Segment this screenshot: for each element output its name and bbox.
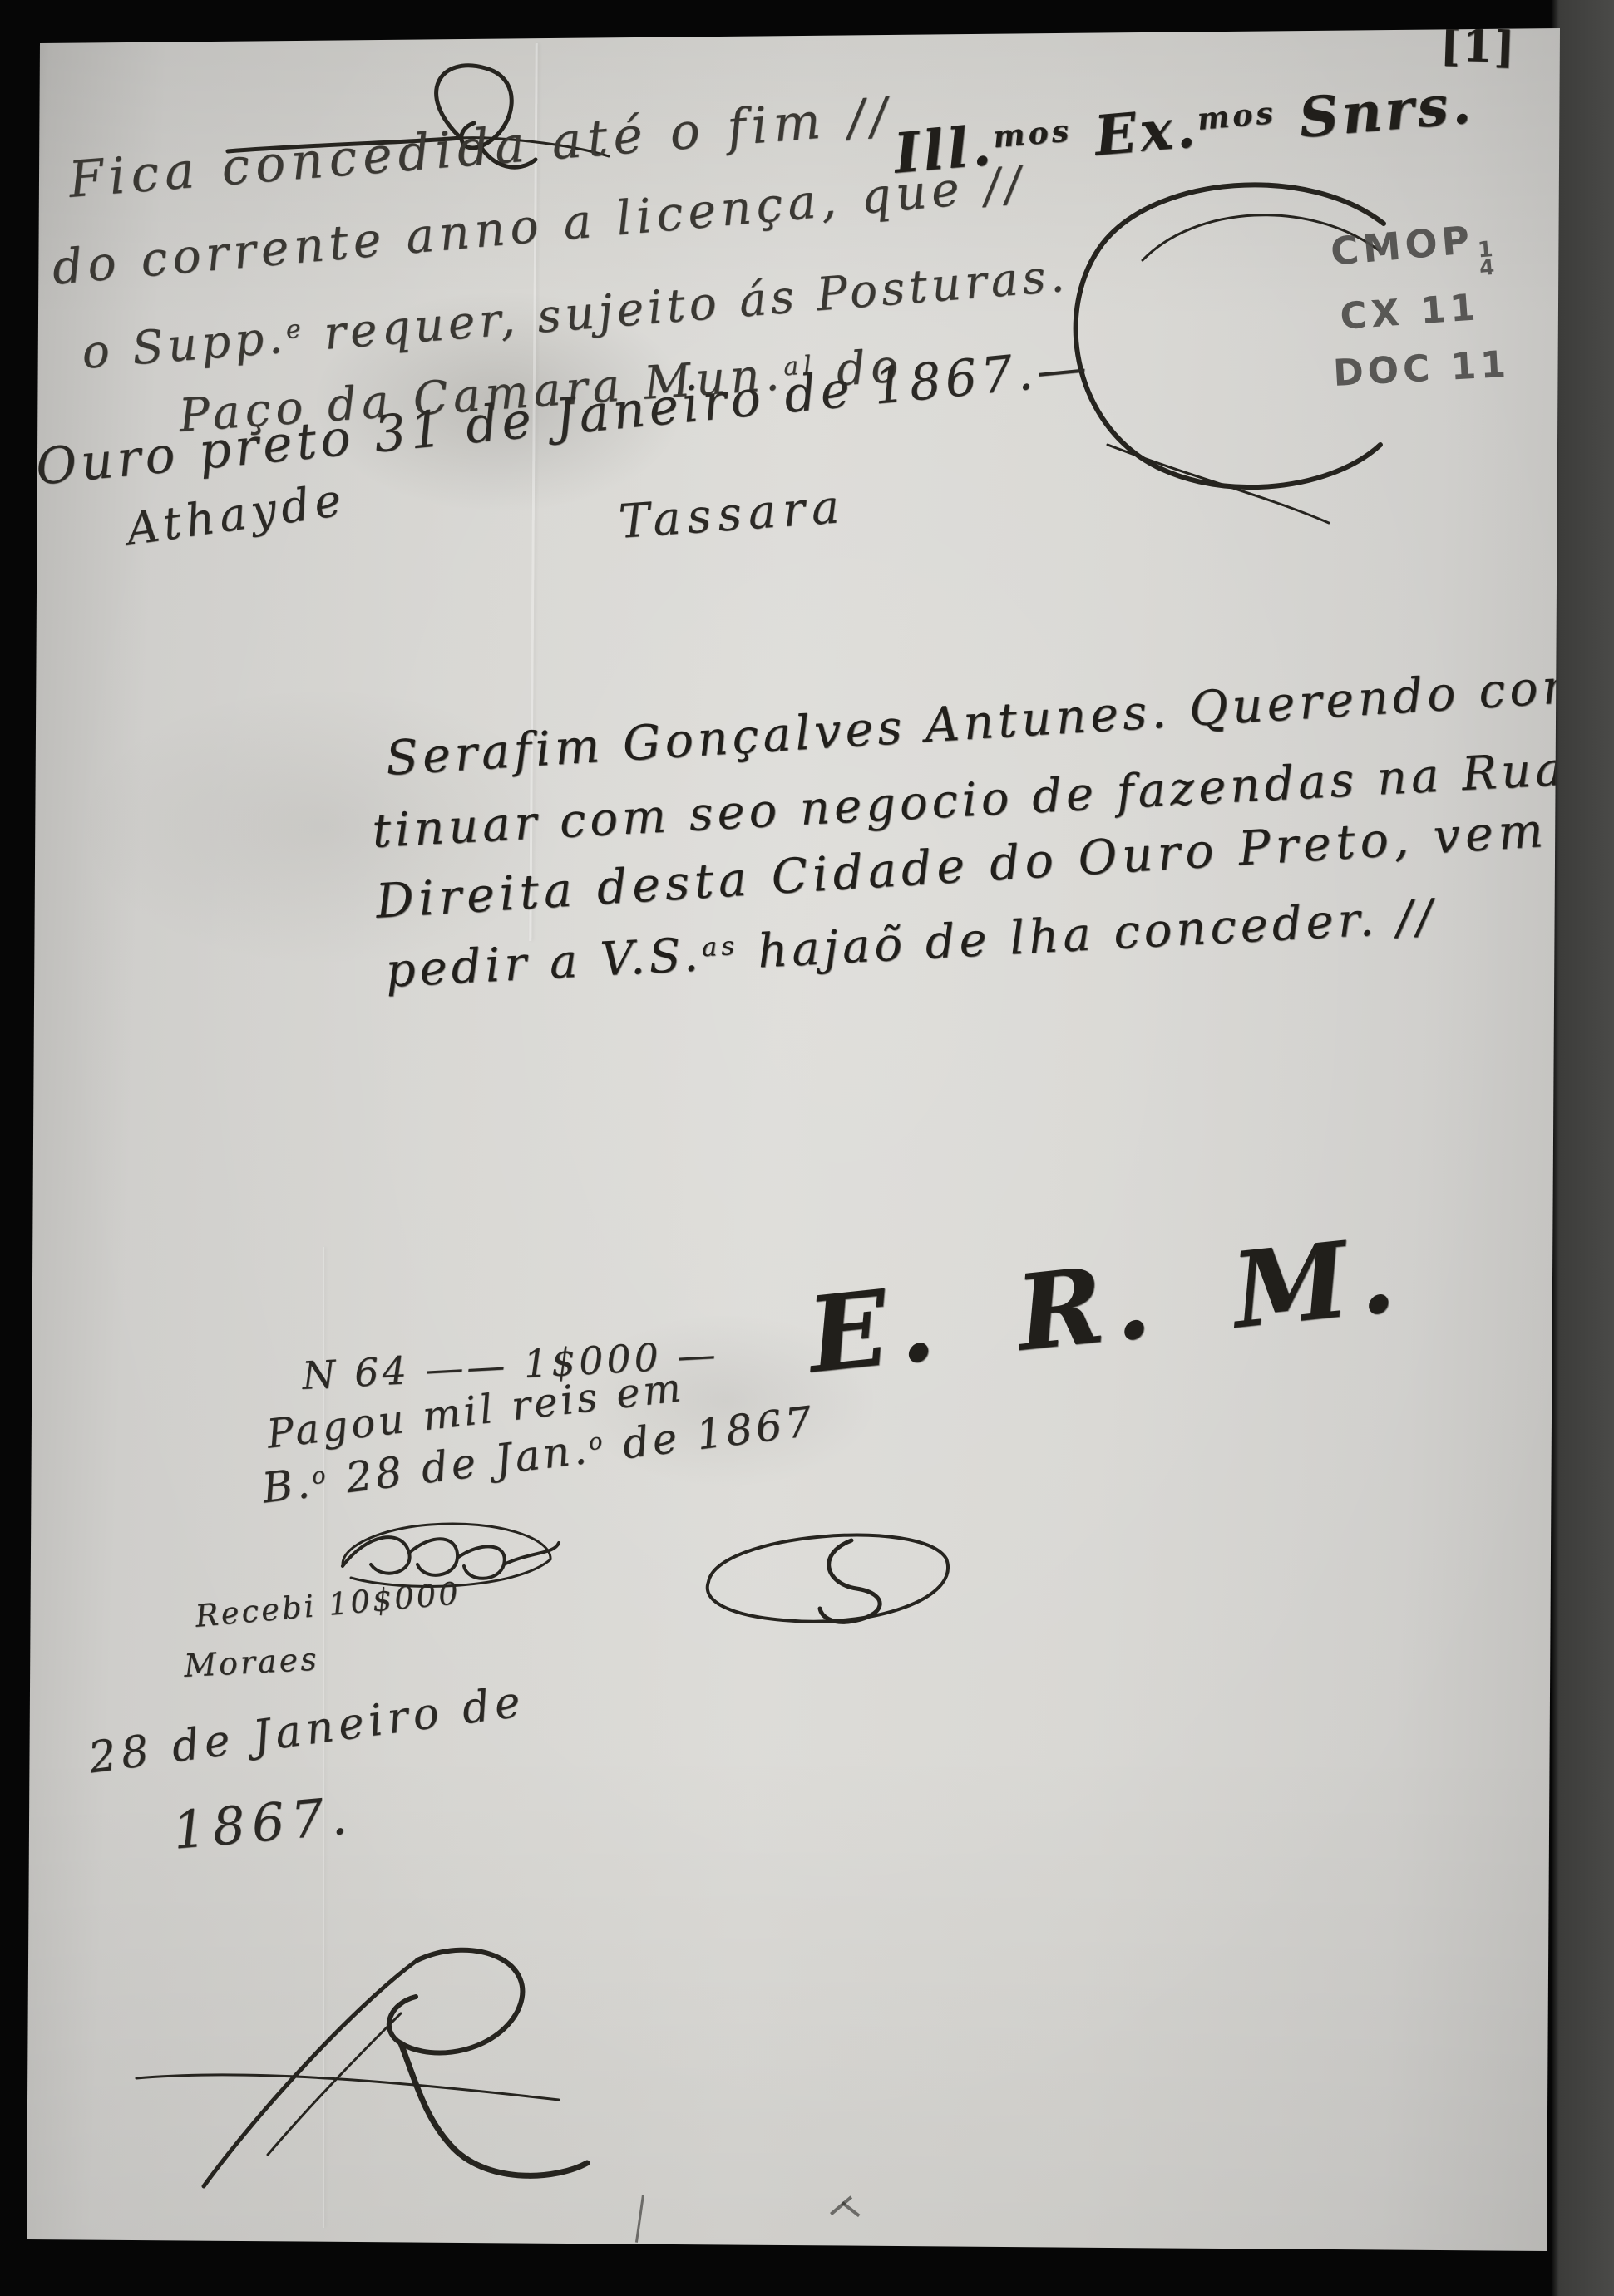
petition-line-4-text-2: hajaõ de lha conceder. // — [738, 889, 1438, 980]
archival-code-sub: 4 — [1478, 259, 1495, 278]
document-page: [1] CMOP14 CX 11 DOC 11 Ill.mos Ex.mos S… — [0, 0, 1614, 2296]
stray-mark-3 — [842, 2201, 861, 2217]
page-marker: [1] — [1439, 20, 1517, 73]
stray-mark-1 — [635, 2195, 644, 2243]
dispatch-line-3-text-2: requer, sujeito ás Posturas. — [304, 249, 1070, 362]
salutation-text-3: Snrs. — [1274, 71, 1476, 152]
rubric-r-flourish — [125, 1945, 590, 2195]
receipt-signature-moraes: Moraes — [183, 1640, 320, 1683]
dispatch-line-3-text: o Supp. — [80, 310, 289, 379]
scan-background: [1] CMOP14 CX 11 DOC 11 Ill.mos Ex.mos S… — [0, 0, 1614, 2296]
receipt-line-1: Recebi 10$000 — [194, 1575, 461, 1634]
archival-stamp-box: CX 11 — [1339, 286, 1481, 338]
dispatch-line-3-sup: e — [284, 314, 306, 345]
petition-line-4-sup: as — [701, 931, 739, 963]
salutation-text-2: Ex. — [1069, 95, 1201, 170]
archival-stamp-code: CMOP14 — [1329, 215, 1495, 291]
fee-paid-line-2-text: B. — [259, 1459, 315, 1513]
salutation-sup-2: mos — [1196, 95, 1277, 137]
dispatch-signature-tassara: Tassara — [617, 480, 847, 549]
date-note-year: 1867. — [170, 1785, 356, 1861]
petition-line-4-text: pedir a V.S. — [384, 928, 703, 998]
archival-code-fraction: 14 — [1477, 240, 1495, 278]
salutation-sup-1: mos — [991, 112, 1073, 155]
petition-closing-erm: E. R. M. — [802, 1214, 1409, 1397]
rubric-signature-right — [682, 1509, 965, 1633]
date-note-line-1: 28 de Janeiro de — [86, 1677, 528, 1784]
archival-stamp-doc: DOC 11 — [1332, 343, 1511, 395]
